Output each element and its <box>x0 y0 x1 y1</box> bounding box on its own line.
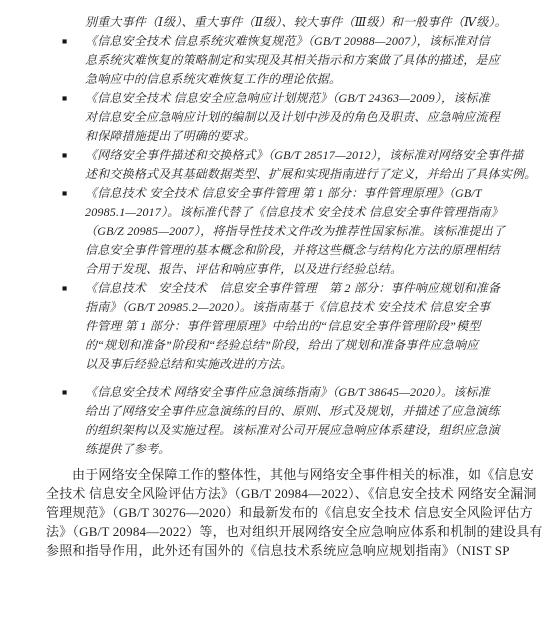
text-line: 信息安全事件管理的基本概念和阶段，并将这些概念与结构化方法的原理相结 <box>85 241 510 260</box>
text-line: 《网络安全事件描述和交换格式》（GB/T 28517—2012），该标准对网络安… <box>85 146 510 165</box>
text-line: 指南》（GB/T 20985.2—2020）。该指南基于《信息技术 安全技术 信… <box>85 298 510 317</box>
text-line: （GB/Z 20985—2007），将指导性技术文件改为推荐性国家标准。该标准提… <box>85 222 510 241</box>
text-line: 息系统灾难恢复的策略制定和实现及其相关指示和方案做了具体的描述，是应 <box>85 51 510 70</box>
text-line: 练提供了参考。 <box>85 440 510 459</box>
text-line: 和保障措施提出了明确的要求。 <box>85 127 510 146</box>
bullet-square-icon: ■ <box>62 32 85 51</box>
list-item: ■《信息安全技术 信息系统灾难恢复规范》（GB/T 20988—2007），该标… <box>62 32 510 89</box>
text-line: 以及事后经验总结和实施改进的方法。 <box>85 355 510 374</box>
text-line: 对信息安全应急响应计划的编制以及计划中涉及的角色及职责、应急响应流程 <box>85 108 510 127</box>
text-line: 别重大事件（Ⅰ级）、重大事件（Ⅱ级）、较大事件（Ⅲ级）和一般事件（Ⅳ级）。 <box>85 13 510 32</box>
text-line: 件管理 第 1 部分：事件管理原理》中给出的“信息安全事件管理阶段”模型 <box>85 317 510 336</box>
paragraph-line: 全技术 信息安全风险评估方法》（GB/T 20984—2022）、《信息安全技术… <box>46 484 511 503</box>
text-line: 20985.1—2017）。该标准代替了《信息技术 安全技术 信息安全事件管理指… <box>85 203 510 222</box>
text-line: 给出了网络安全事件应急演练的目的、原则、形式及规划，并描述了应急演练 <box>85 402 510 421</box>
text-line: 的组织架构以及实施过程。该标准对公司开展应急响应体系建设，组织应急演 <box>85 421 510 440</box>
list-item: ■《信息技术 安全技术 信息安全事件管理 第 2 部分：事件响应规划和准备指南》… <box>62 279 510 374</box>
text-line: 《信息技术 安全技术 信息安全事件管理 第 2 部分：事件响应规划和准备 <box>85 279 510 298</box>
list-item-text: 《信息安全技术 网络安全事件应急演练指南》（GB/T 38645—2020）。该… <box>85 383 510 459</box>
bullet-square-icon: ■ <box>62 146 85 165</box>
list-item: 别重大事件（Ⅰ级）、重大事件（Ⅱ级）、较大事件（Ⅲ级）和一般事件（Ⅳ级）。 <box>62 13 510 32</box>
text-line: 急响应中的信息系统灾难恢复工作的理论依据。 <box>85 70 510 89</box>
bullet-square-icon: ■ <box>62 279 85 298</box>
paragraph-line: 由于网络安全保障工作的整体性，其他与网络安全事件相关的标准，如《信息安 <box>46 465 511 484</box>
list-item-text: 别重大事件（Ⅰ级）、重大事件（Ⅱ级）、较大事件（Ⅲ级）和一般事件（Ⅳ级）。 <box>85 13 510 32</box>
paragraph-line: 管理规范》（GB/T 30276—2020）和最新发布的《信息安全技术 信息安全… <box>46 503 511 522</box>
list-item-text: 《信息技术 安全技术 信息安全事件管理 第 2 部分：事件响应规划和准备指南》（… <box>85 279 510 374</box>
list-item: ■《网络安全事件描述和交换格式》（GB/T 28517—2012），该标准对网络… <box>62 146 510 184</box>
list-item: ■《信息安全技术 信息安全应急响应计划规范》（GB/T 24363—2009），… <box>62 89 510 146</box>
standards-list: 别重大事件（Ⅰ级）、重大事件（Ⅱ级）、较大事件（Ⅲ级）和一般事件（Ⅳ级）。■《信… <box>62 13 510 459</box>
list-item: ■《信息安全技术 网络安全事件应急演练指南》（GB/T 38645—2020）。… <box>62 383 510 459</box>
text-line: 述和交换格式及其基础数据类型、扩展和实现指南进行了定义，并给出了具体实例。 <box>85 165 510 184</box>
list-item-text: 《信息技术 安全技术 信息安全事件管理 第 1 部分：事件管理原理》（GB/T2… <box>85 184 510 279</box>
paragraph-line: 参照和指导作用，此外还有国外的《信息技术系统应急响应规划指南》（NIST SP <box>46 541 511 560</box>
text-line: 《信息安全技术 信息系统灾难恢复规范》（GB/T 20988—2007），该标准… <box>85 32 510 51</box>
bullet-square-icon: ■ <box>62 184 85 203</box>
bullet-square-icon: ■ <box>62 383 85 402</box>
text-line: 《信息技术 安全技术 信息安全事件管理 第 1 部分：事件管理原理》（GB/T <box>85 184 510 203</box>
document-page: 别重大事件（Ⅰ级）、重大事件（Ⅱ级）、较大事件（Ⅲ级）和一般事件（Ⅳ级）。■《信… <box>0 0 547 620</box>
list-item-text: 《信息安全技术 信息安全应急响应计划规范》（GB/T 24363—2009），该… <box>85 89 510 146</box>
bullet-square-icon: ■ <box>62 89 85 108</box>
list-item: ■《信息技术 安全技术 信息安全事件管理 第 1 部分：事件管理原理》（GB/T… <box>62 184 510 279</box>
text-line: 合用于发现、报告、评估和响应事件，以及进行经验总结。 <box>85 260 510 279</box>
text-line: 《信息安全技术 信息安全应急响应计划规范》（GB/T 24363—2009），该… <box>85 89 510 108</box>
list-item-text: 《信息安全技术 信息系统灾难恢复规范》（GB/T 20988—2007），该标准… <box>85 32 510 89</box>
list-item-text: 《网络安全事件描述和交换格式》（GB/T 28517—2012），该标准对网络安… <box>85 146 510 184</box>
text-line: 的“规划和准备”阶段和“经验总结”阶段，给出了规划和准备事件应急响应 <box>85 336 510 355</box>
text-line: 《信息安全技术 网络安全事件应急演练指南》（GB/T 38645—2020）。该… <box>85 383 510 402</box>
paragraph-line: 法》（GB/T 20984—2022）等，也对组织开展网络安全应急响应体系和机制… <box>46 522 511 541</box>
closing-paragraph: 由于网络安全保障工作的整体性，其他与网络安全事件相关的标准，如《信息安全技术 信… <box>46 465 511 560</box>
